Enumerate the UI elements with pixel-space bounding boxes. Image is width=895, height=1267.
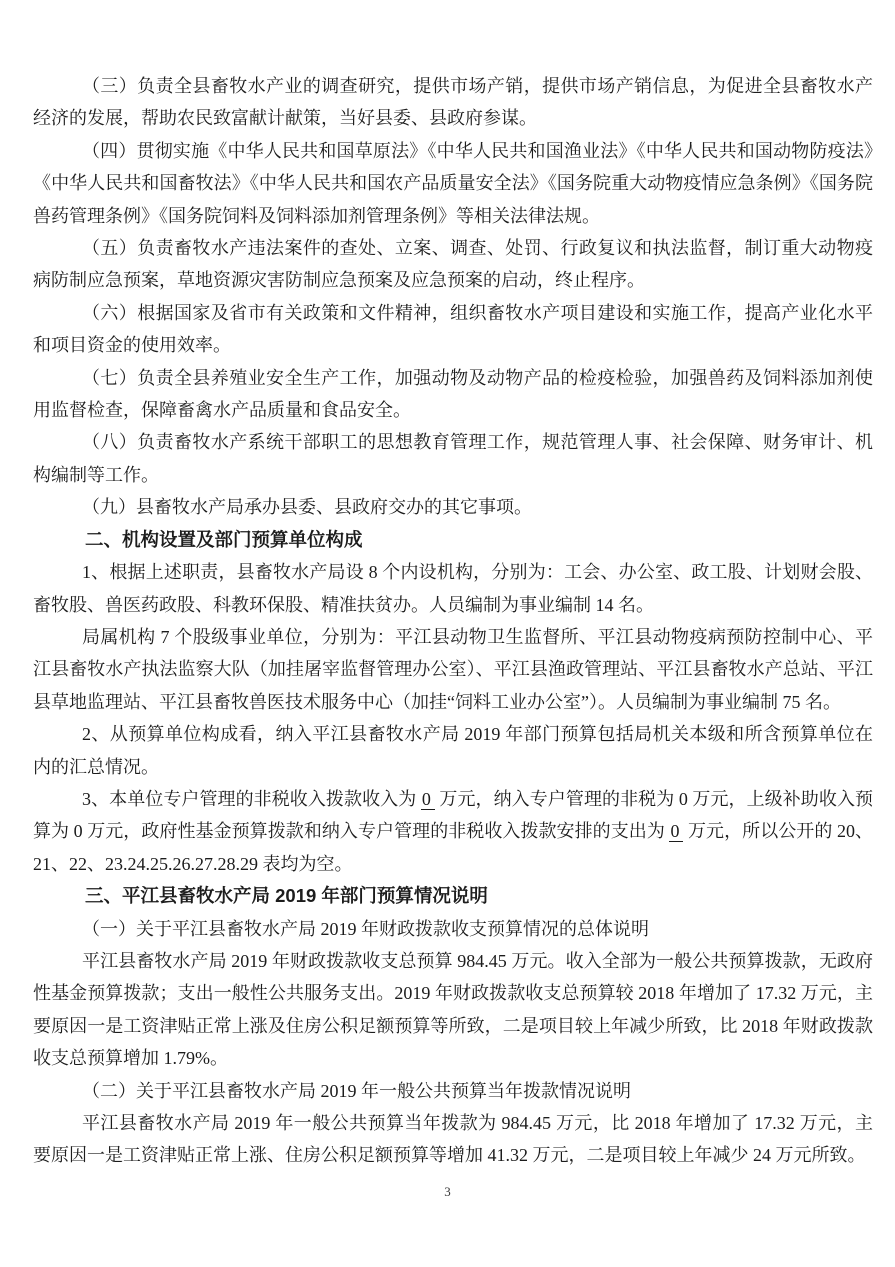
paragraph-duty-8: （八）负责畜牧水产系统干部职工的思想教育管理工作，规范管理人事、社会保障、财务审… xyxy=(33,426,873,491)
subsection-body-2: 平江县畜牧水产局 2019 年一般公共预算当年拨款为 984.45 万元，比 2… xyxy=(33,1107,873,1172)
paragraph-internal-orgs: 1、根据上述职责，县畜牧水产局设 8 个内设机构，分别为：工会、办公室、政工股、… xyxy=(33,556,873,621)
paragraph-duty-4: （四）贯彻实施《中华人民共和国草原法》《中华人民共和国渔业法》《中华人民共和国动… xyxy=(33,135,873,232)
paragraph-duty-7: （七）负责全县养殖业安全生产工作，加强动物及动物产品的检疫检验，加强兽药及饲料添… xyxy=(33,362,873,427)
page-number: 3 xyxy=(0,1184,895,1200)
document-page: （三）负责全县畜牧水产业的调查研究，提供市场产销，提供市场产销信息，为促进全县畜… xyxy=(0,0,895,1267)
paragraph-subordinate-orgs: 局属机构 7 个股级事业单位，分别为：平江县动物卫生监督所、平江县动物疫病预防控… xyxy=(33,621,873,718)
section-heading-3: 三、平江县畜牧水产局 2019 年部门预算情况说明 xyxy=(33,880,873,912)
paragraph-duty-9: （九）县畜牧水产局承办县委、县政府交办的其它事项。 xyxy=(33,491,873,523)
subsection-heading-1: （一）关于平江县畜牧水产局 2019 年财政拨款收支预算情况的总体说明 xyxy=(33,913,873,945)
paragraph-duty-6: （六）根据国家及省市有关政策和文件精神，组织畜牧水产项目建设和实施工作，提高产业… xyxy=(33,297,873,362)
paragraph-duty-5: （五）负责畜牧水产违法案件的查处、立案、调查、处罚、行政复议和执法监督，制订重大… xyxy=(33,232,873,297)
underlined-zero-2: 0 xyxy=(669,821,683,842)
subsection-heading-2: （二）关于平江县畜牧水产局 2019 年一般公共预算当年拨款情况说明 xyxy=(33,1075,873,1107)
subsection-body-1: 平江县畜牧水产局 2019 年财政拨款收支总预算 984.45 万元。收入全部为… xyxy=(33,945,873,1075)
underlined-zero-1: 0 xyxy=(421,789,435,810)
document-content: （三）负责全县畜牧水产业的调查研究，提供市场产销，提供市场产销信息，为促进全县畜… xyxy=(33,70,873,1172)
nontax-text-1: 3、本单位专户管理的非税收入拨款收入为 xyxy=(82,789,421,809)
paragraph-nontax-budget: 3、本单位专户管理的非税收入拨款收入为 0 万元，纳入专户管理的非税为 0 万元… xyxy=(33,783,873,880)
paragraph-duty-3: （三）负责全县畜牧水产业的调查研究，提供市场产销，提供市场产销信息，为促进全县畜… xyxy=(33,70,873,135)
section-heading-2: 二、机构设置及部门预算单位构成 xyxy=(33,524,873,556)
paragraph-budget-units: 2、从预算单位构成看，纳入平江县畜牧水产局 2019 年部门预算包括局机关本级和… xyxy=(33,718,873,783)
